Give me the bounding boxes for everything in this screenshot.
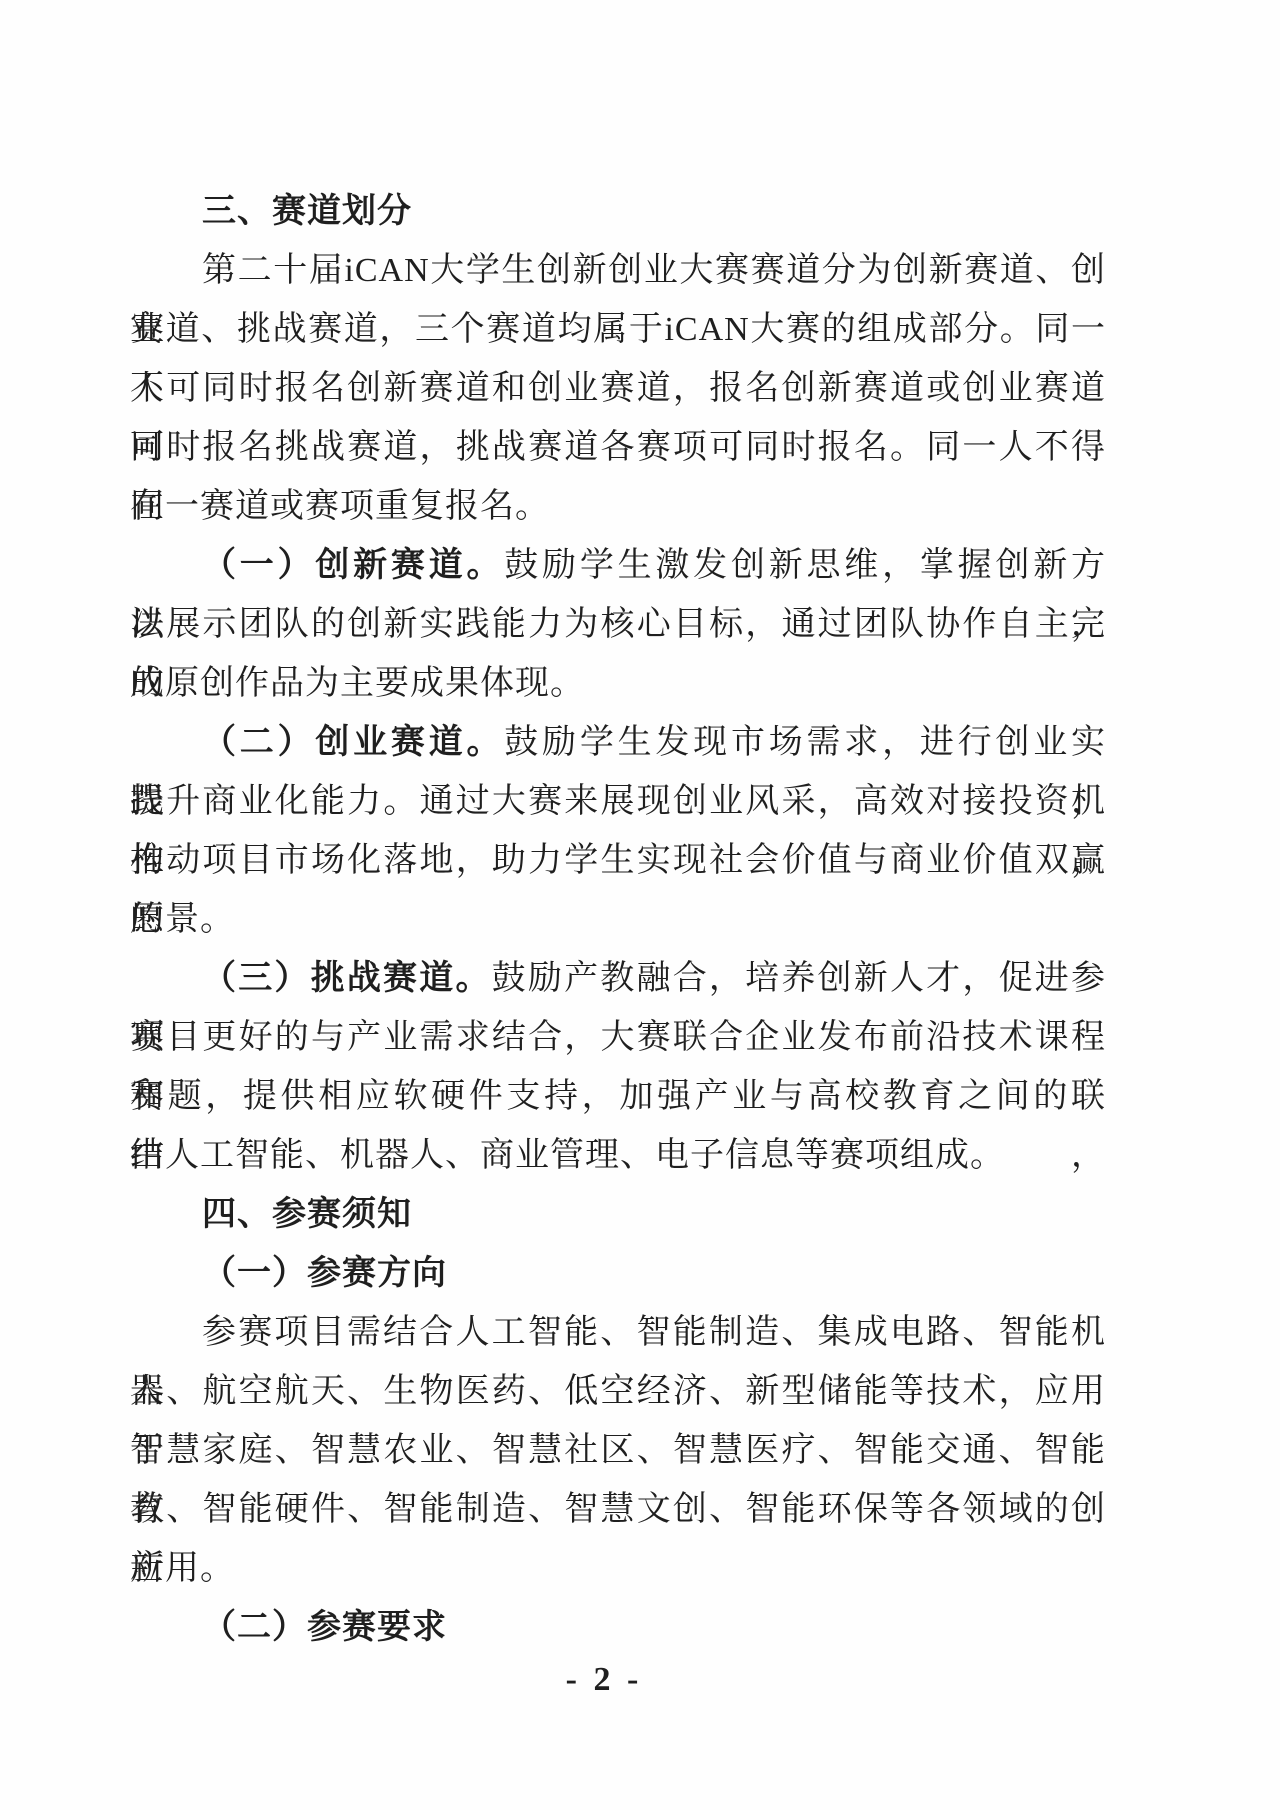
doc-line: 应用。 (130, 1539, 1106, 1598)
doc-line: 参赛项目需结合人工智能、智能制造、集成电路、智能机器 (130, 1303, 1106, 1362)
doc-line: 同时报名挑战赛道，挑战赛道各赛项可同时报名。同一人不得在 (130, 418, 1106, 477)
section-heading: （一）参赛方向 (130, 1244, 1106, 1303)
section-heading: 四、参赛须知 (130, 1185, 1106, 1244)
doc-line: 提升商业化能力。通过大赛来展现创业风采，高效对接投资机构， (130, 772, 1106, 831)
section-heading: 三、赛道划分 (130, 182, 1106, 241)
subsection-label: （一）创新赛道。 (202, 547, 504, 584)
doc-line: 的原创作品为主要成果体现。 (130, 654, 1106, 713)
doc-line: 育、智能硬件、智能制造、智慧文创、智能环保等各领域的创新 (130, 1480, 1106, 1539)
doc-line: （二）创业赛道。鼓励学生发现市场需求，进行创业实践， (130, 713, 1106, 772)
doc-line: 推动项目市场化落地，助力学生实现社会价值与商业价值双赢的 (130, 831, 1106, 890)
doc-line: 赛道、挑战赛道，三个赛道均属于iCAN大赛的组成部分。同一人 (130, 300, 1106, 359)
doc-line: 同一赛道或赛项重复报名。 (130, 477, 1106, 536)
doc-line: 赛题，提供相应软硬件支持，加强产业与高校教育之间的联结， (130, 1067, 1106, 1126)
section-heading: （二）参赛要求 (130, 1598, 1106, 1657)
doc-line: （一）创新赛道。鼓励学生激发创新思维，掌握创新方法， (130, 536, 1106, 595)
subsection-label: （二）创业赛道。 (202, 724, 504, 761)
doc-line: 不可同时报名创新赛道和创业赛道，报名创新赛道或创业赛道可 (130, 359, 1106, 418)
document-body: 三、赛道划分 第二十届iCAN大学生创新创业大赛赛道分为创新赛道、创业 赛道、挑… (130, 182, 1106, 1657)
document-page: 三、赛道划分 第二十届iCAN大学生创新创业大赛赛道分为创新赛道、创业 赛道、挑… (0, 0, 1280, 1810)
doc-line: 人、航空航天、生物医药、低空经济、新型储能等技术，应用于 (130, 1362, 1106, 1421)
doc-line: 第二十届iCAN大学生创新创业大赛赛道分为创新赛道、创业 (130, 241, 1106, 300)
doc-line: 智慧家庭、智慧农业、智慧社区、智慧医疗、智能交通、智能教 (130, 1421, 1106, 1480)
doc-line: 项目更好的与产业需求结合，大赛联合企业发布前沿技术课程和 (130, 1008, 1106, 1067)
doc-line: 愿景。 (130, 890, 1106, 949)
doc-line: 以展示团队的创新实践能力为核心目标，通过团队协作自主完成 (130, 595, 1106, 654)
subsection-label: （三）挑战赛道。 (202, 960, 492, 997)
doc-line: （三）挑战赛道。鼓励产教融合，培养创新人才，促进参赛 (130, 949, 1106, 1008)
doc-line: 由人工智能、机器人、商业管理、电子信息等赛项组成。 (130, 1126, 1106, 1185)
page-number: - 2 - (0, 1656, 1208, 1704)
